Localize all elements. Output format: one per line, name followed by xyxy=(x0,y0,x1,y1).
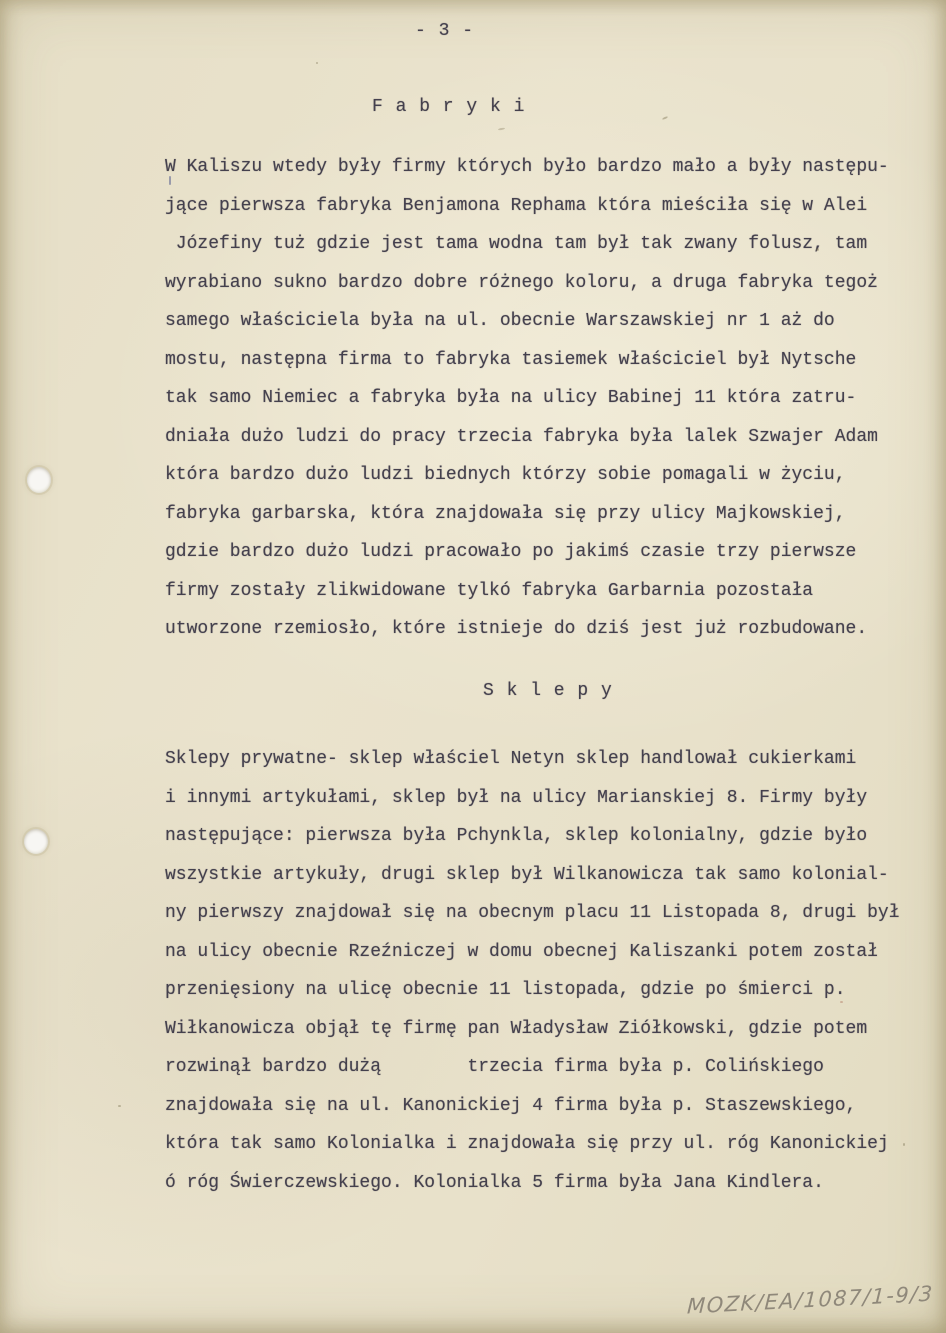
text-line: wyrabiano sukno bardzo dobre różnego kol… xyxy=(165,264,889,303)
paper-speck xyxy=(316,62,318,64)
text-line: następujące: pierwsza była Pchynkla, skl… xyxy=(165,817,900,856)
text-line: firmy zostały zlikwidowane tylkó fabryka… xyxy=(165,572,889,611)
paper-speck xyxy=(903,1143,905,1146)
text-line: która tak samo Kolonialka i znajdowała s… xyxy=(165,1125,900,1164)
punch-hole-bottom xyxy=(24,829,48,854)
paper-speck xyxy=(662,116,668,120)
page-number: - 3 - xyxy=(415,21,474,41)
text-line: Sklepy prywatne- sklep właściel Netyn sk… xyxy=(165,740,900,779)
paper-speck xyxy=(498,127,505,130)
punch-hole-top xyxy=(27,467,51,493)
paragraph-sklepy: Sklepy prywatne- sklep właściel Netyn sk… xyxy=(165,740,900,1202)
text-line: znajdowała się na ul. Kanonickiej 4 firm… xyxy=(165,1087,900,1126)
text-line: przenięsiony na ulicę obecnie 11 listopa… xyxy=(165,971,900,1010)
text-line: tak samo Niemiec a fabryka była na ulicy… xyxy=(165,379,889,418)
section-heading-sklepy: S k l e p y xyxy=(483,681,613,701)
paragraph-fabryki: W Kaliszu wtedy były firmy których było … xyxy=(165,148,889,649)
text-line: utworzone rzemiosło, które istnieje do d… xyxy=(165,610,889,649)
typewritten-document-page: - 3 - F a b r y k i W Kaliszu wtedy były… xyxy=(0,0,946,1333)
text-line: fabryka garbarska, która znajdowała się … xyxy=(165,495,889,534)
archive-signature-handwritten: MOZK/EA/1087/1-9/3 xyxy=(687,1281,935,1318)
text-line: gdzie bardzo dużo ludzi pracowało po jak… xyxy=(165,533,889,572)
text-line: dniała dużo ludzi do pracy trzecia fabry… xyxy=(165,418,889,457)
text-line: która bardzo dużo ludzi biednych którzy … xyxy=(165,456,889,495)
text-line: jące pierwsza fabryka Benjamona Rephama … xyxy=(165,187,889,226)
text-line: Józefiny tuż gdzie jest tama wodna tam b… xyxy=(165,225,889,264)
section-heading-fabryki: F a b r y k i xyxy=(372,97,525,117)
text-line: rozwinął bardzo dużą trzecia firma była … xyxy=(165,1048,900,1087)
text-line: ny pierwszy znajdował się na obecnym pla… xyxy=(165,894,900,933)
text-line: W Kaliszu wtedy były firmy których było … xyxy=(165,148,889,187)
paper-speck xyxy=(840,1001,843,1003)
text-line: samego właściciela była na ul. obecnie W… xyxy=(165,302,889,341)
text-line: Wiłkanowicza objął tę firmę pan Władysła… xyxy=(165,1010,900,1049)
paper-speck xyxy=(816,248,819,251)
paper-speck xyxy=(118,1105,121,1107)
text-line: na ulicy obecnie Rzeźniczej w domu obecn… xyxy=(165,933,900,972)
text-line: ó róg Świerczewskiego. Kolonialka 5 firm… xyxy=(165,1164,900,1203)
text-line: wszystkie artykuły, drugi sklep był Wilk… xyxy=(165,856,900,895)
text-line: i innymi artykułami, sklep był na ulicy … xyxy=(165,779,900,818)
text-line: mostu, następna firma to fabryka tasieme… xyxy=(165,341,889,380)
